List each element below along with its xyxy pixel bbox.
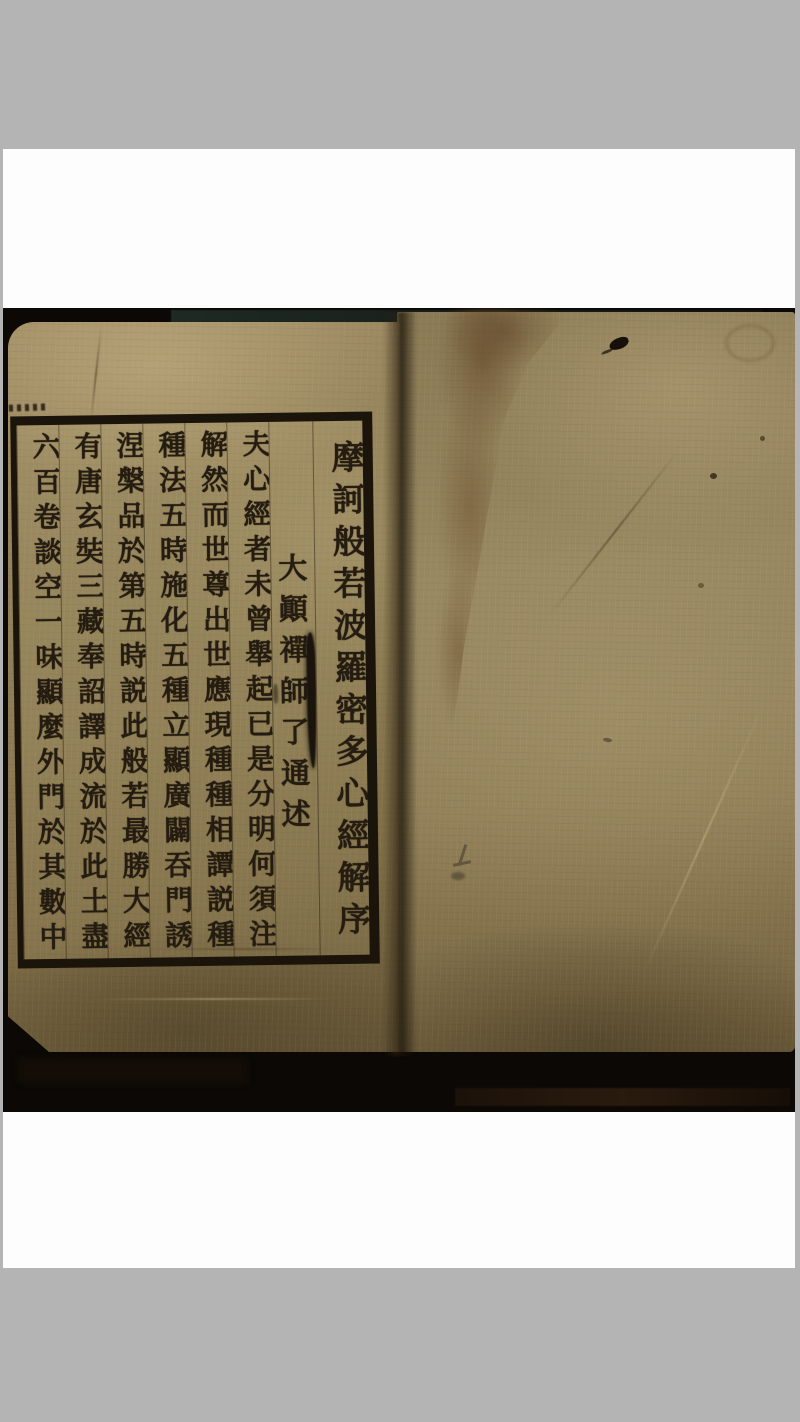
- column-text: 夫心經者未曾舉起已是分明何須注: [227, 429, 275, 955]
- paper-speck: [710, 473, 717, 479]
- paper-speck: [698, 583, 704, 588]
- column-text: 種法五時施化五種立顯廣闢吞門誘: [143, 430, 191, 956]
- shadow-streak: [18, 1058, 248, 1084]
- text-column-5: 有唐玄奘三藏奉詔譯成流於此土盡: [58, 424, 107, 959]
- document-page: 摩訶般若波羅密多心經解序 大顚禪師了通述 夫心經者未曾舉起已是分明何須注 解然而…: [3, 149, 795, 1268]
- text-column-3: 種法五時施化五種立顯廣闢吞門誘: [142, 423, 191, 958]
- book-scan-photo: 摩訶般若波羅密多心經解序 大顚禪師了通述 夫心經者未曾舉起已是分明何須注 解然而…: [3, 308, 795, 1112]
- column-text: 涅槃品於第五時説此般若最勝大經: [101, 431, 149, 957]
- faint-handwritten-mark: [451, 844, 477, 884]
- text-column-4: 涅槃品於第五時説此般若最勝大經: [100, 424, 149, 959]
- text-column-6: 六百卷談空一味顯麼外門於其數中: [16, 425, 65, 960]
- book-gutter-shadow: [383, 312, 417, 1056]
- author-text: 大顚禪師了通述: [276, 552, 309, 839]
- book-cover-bottom-edge: [455, 1088, 790, 1106]
- printed-text-block: 摩訶般若波羅密多心經解序 大顚禪師了通述 夫心經者未曾舉起已是分明何須注 解然而…: [10, 411, 380, 968]
- paper-crease: [93, 998, 333, 1000]
- column-text: 有唐玄奘三藏奉詔譯成流於此土盡: [59, 431, 107, 957]
- author-column: 大顚禪師了通述: [268, 421, 319, 956]
- text-column-2: 解然而世尊出世應現種種相譚説種: [184, 423, 233, 958]
- title-column: 摩訶般若波羅密多心經解序: [312, 421, 369, 956]
- stain-ring: [725, 324, 775, 362]
- column-text: 六百卷談空一味顯麼外門於其數中: [17, 432, 65, 958]
- column-text: 解然而世尊出世應現種種相譚説種: [185, 430, 233, 956]
- paper-speck: [760, 436, 765, 441]
- screenshot-root: 摩訶般若波羅密多心經解序 大顚禪師了通述 夫心經者未曾舉起已是分明何須注 解然而…: [0, 0, 800, 1422]
- text-column-1: 夫心經者未曾舉起已是分明何須注: [226, 422, 275, 957]
- title-text: 摩訶般若波羅密多心經解序: [314, 440, 370, 945]
- ink-smudge-marks: [9, 403, 49, 411]
- small-ink-blot: [273, 684, 278, 704]
